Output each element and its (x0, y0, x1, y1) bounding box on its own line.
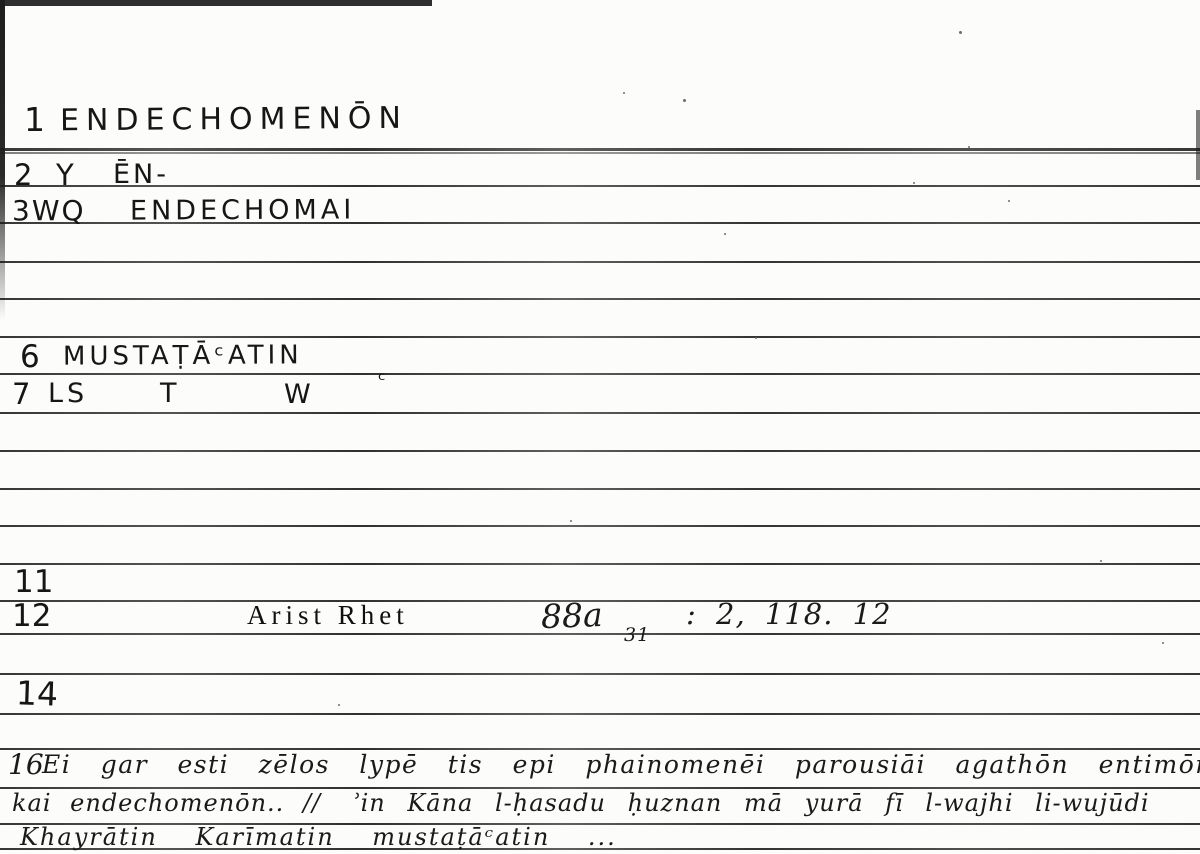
scan-speck (913, 182, 915, 184)
ruled-line (0, 713, 1200, 715)
citation-locus: 88a (540, 595, 603, 636)
lexicon-slip-scan: 1 ENDECHOMENŌN 2 Y ĒN- 3WQ ENDECHOMAI 6 … (0, 0, 1200, 854)
scan-speck (338, 704, 340, 706)
scan-speck (1100, 560, 1102, 562)
scan-speck (724, 233, 726, 235)
ref-abbrev-ayn: ᶜ (378, 368, 1200, 392)
row-number: 7 (12, 377, 30, 411)
row-number: 6 (20, 339, 40, 375)
row-number: 16 (8, 748, 44, 781)
scan-speck (683, 99, 686, 102)
ref-abbrev-w: W (284, 379, 311, 410)
scan-speck (623, 92, 625, 94)
scan-speck (959, 31, 962, 34)
ruled-line (0, 525, 1200, 527)
scan-speck (968, 146, 970, 148)
scan-edge-right (1196, 110, 1200, 180)
entry-abbrev: Y (56, 158, 74, 192)
ruled-line (0, 298, 1200, 300)
scan-edge-top (0, 0, 432, 6)
row-number: 12 (12, 598, 51, 634)
scan-speck (1008, 200, 1010, 202)
row-number: 14 (15, 673, 58, 713)
ruled-line (0, 450, 1200, 452)
quotation-greek: Ei gar esti zēlos lypē tis epi phainomen… (42, 750, 1200, 779)
entry-prefix: ĒN- (113, 159, 169, 190)
ref-abbrev-t: T (160, 378, 177, 409)
ruled-line (0, 261, 1200, 263)
citation-source-stamp: Arist Rhet (247, 600, 409, 631)
scan-speck (755, 337, 757, 339)
ruled-line (0, 185, 1200, 187)
row-number: 11 (14, 564, 53, 600)
quotation-greek-continued: kai endechomenōn.. // (12, 789, 321, 817)
ruled-line (0, 488, 1200, 490)
ruled-line (0, 148, 1200, 151)
row-number: 1 (24, 100, 45, 139)
row-number: 3WQ (12, 194, 86, 227)
scan-speck (570, 520, 572, 522)
headword-greek: ENDECHOMENŌN (60, 101, 408, 138)
ref-abbrev-ls: LS (48, 378, 88, 409)
ruled-line (0, 563, 1200, 565)
ruled-line (0, 412, 1200, 414)
quotation-arabic: ʾin Kāna l-ḥasadu ḥuznan mā yurā fī l-wa… (352, 789, 1149, 817)
citation-ref: : 2, 118. 12 (686, 597, 892, 631)
scan-edge-left (0, 0, 5, 320)
ruled-line (0, 336, 1200, 338)
ruled-line (0, 152, 1200, 154)
row-number: 2 (14, 158, 32, 192)
ruled-line (0, 673, 1200, 675)
headword-arabic: MUSTAṬĀᶜATIN (63, 340, 303, 371)
quotation-arabic-continued: Khayrātin Karīmatin mustaṭāᶜatin ... (20, 823, 617, 851)
lemma-greek: ENDECHOMAI (130, 194, 355, 226)
